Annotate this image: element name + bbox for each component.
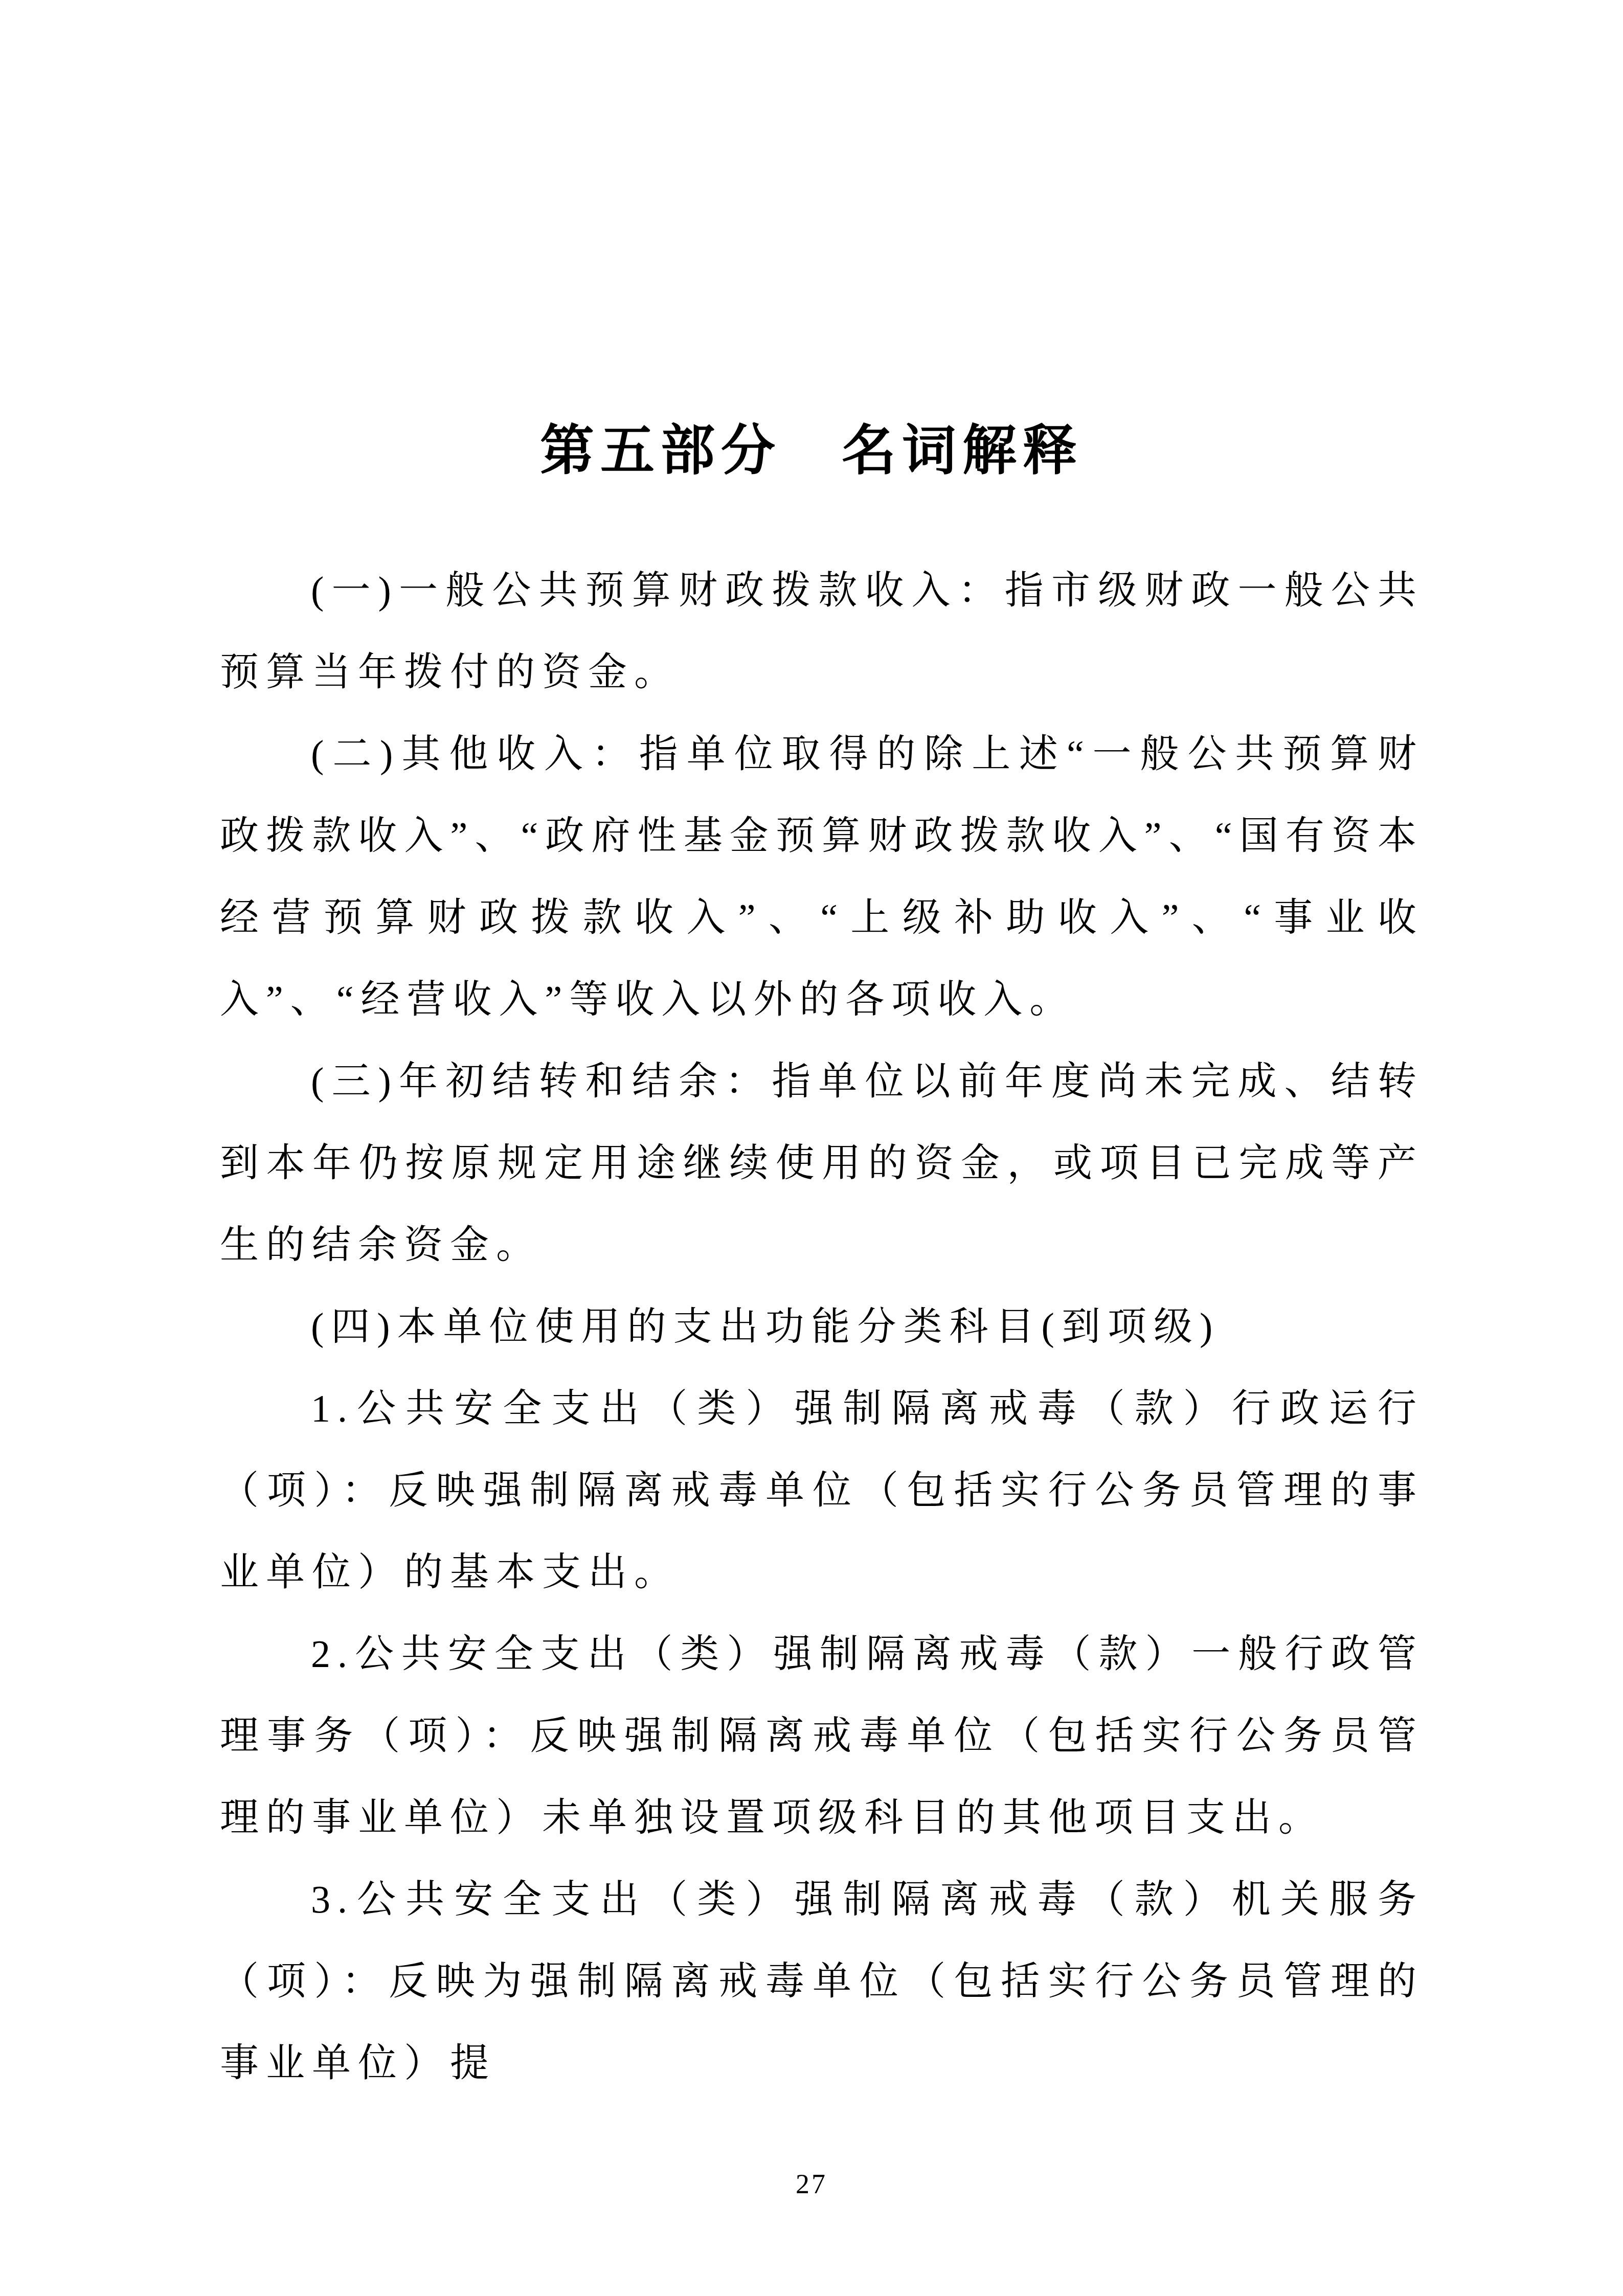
paragraph: 3.公共安全支出（类）强制隔离戒毒（款）机关服务（项）：反映为强制隔离戒毒单位（…	[220, 1859, 1424, 2104]
page-number: 27	[0, 2168, 1623, 2200]
page-title: 第五部分 名词解释	[0, 415, 1623, 486]
paragraph: 1.公共安全支出（类）强制隔离戒毒（款）行政运行（项）：反映强制隔离戒毒单位（包…	[220, 1368, 1424, 1613]
document-page: 第五部分 名词解释 (一)一般公共预算财政拨款收入：指市级财政一般公共预算当年拨…	[0, 0, 1623, 2296]
paragraph: 2.公共安全支出（类）强制隔离戒毒（款）一般行政管理事务（项）：反映强制隔离戒毒…	[220, 1613, 1424, 1859]
paragraph: (四)本单位使用的支出功能分类科目(到项级)	[220, 1286, 1424, 1368]
glossary-body: (一)一般公共预算财政拨款收入：指市级财政一般公共预算当年拨付的资金。(二)其他…	[220, 550, 1424, 2104]
paragraph: (三)年初结转和结余：指单位以前年度尚未完成、结转到本年仍按原规定用途继续使用的…	[220, 1041, 1424, 1286]
paragraph: (二)其他收入：指单位取得的除上述“一般公共预算财政拨款收入”、“政府性基金预算…	[220, 713, 1424, 1041]
paragraph: (一)一般公共预算财政拨款收入：指市级财政一般公共预算当年拨付的资金。	[220, 550, 1424, 713]
